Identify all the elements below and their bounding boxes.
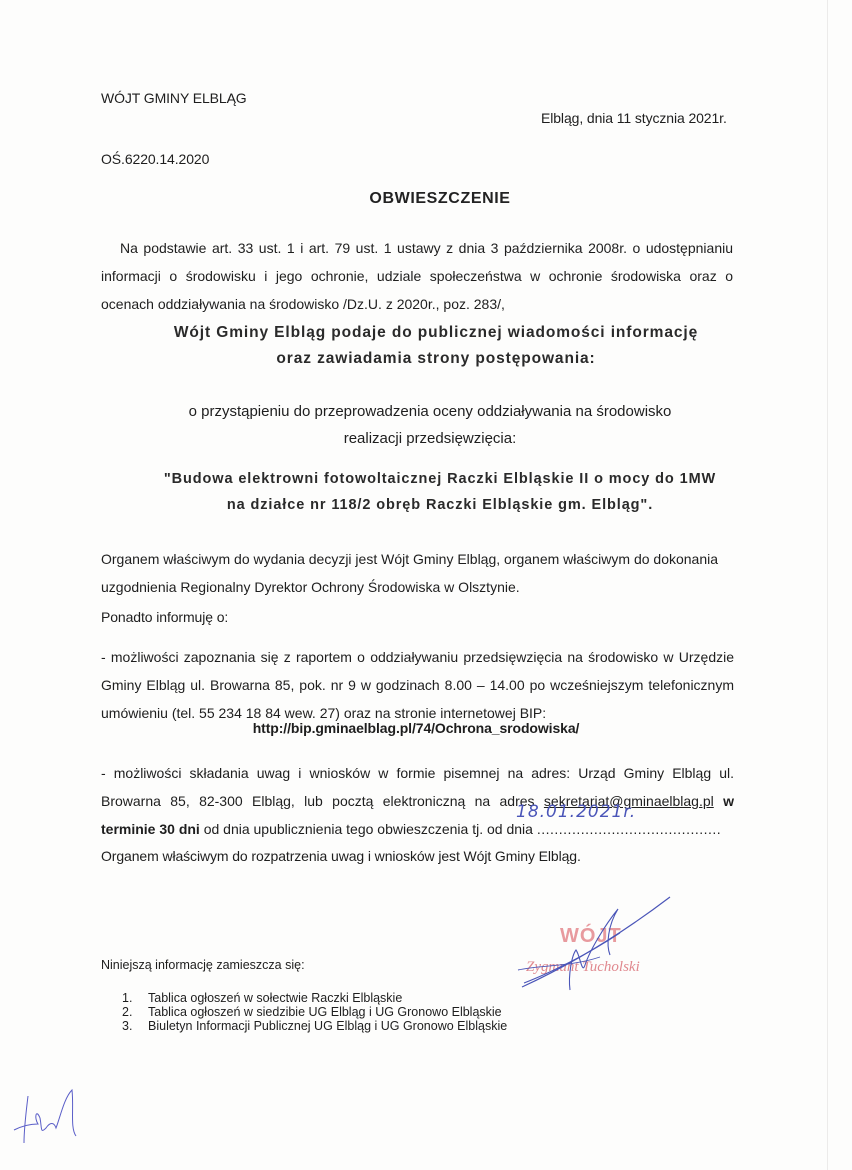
authority-paragraph: Organem właściwym do wydania decyzji jes… (101, 545, 741, 601)
list-text: Tablica ogłoszeń w sołectwie Raczki Elbl… (148, 991, 402, 1005)
issuer-heading: WÓJT GMINY ELBLĄG (101, 88, 247, 108)
further-info-label: Ponadto informuję o: (101, 607, 228, 627)
place-date: Elbląg, dnia 11 stycznia 2021r. (541, 108, 727, 128)
list-number: 1. (122, 991, 148, 1005)
bip-link[interactable]: http://bip.gminaelblag.pl/74/Ochrona_sro… (101, 718, 731, 738)
signature-stamp: WÓJT Zygmunt Tucholski (510, 895, 680, 995)
list-item: 3.Biuletyn Informacji Publicznej UG Elbl… (122, 1019, 507, 1033)
page-edge (827, 0, 828, 1170)
legal-basis-paragraph: Na podstawie art. 33 ust. 1 i art. 79 us… (101, 234, 733, 318)
initials-signature-icon (10, 1088, 80, 1148)
case-number: OŚ.6220.14.2020 (101, 149, 209, 169)
placement-list: 1.Tablica ogłoszeń w sołectwie Raczki El… (122, 991, 507, 1033)
legal-basis-text: Na podstawie art. 33 ust. 1 i art. 79 us… (101, 234, 733, 318)
placement-label: Niniejszą informację zamieszcza się: (101, 958, 305, 972)
list-item: 1.Tablica ogłoszeń w sołectwie Raczki El… (122, 991, 507, 1005)
announcement-line-2: oraz zawiadamia strony postępowania: (110, 346, 762, 372)
project-line-2: na działce nr 118/2 obręb Raczki Elbląsk… (120, 492, 760, 518)
project-line-1: "Budowa elektrowni fotowoltaicznej Raczk… (120, 466, 760, 492)
subject-line-2: realizacji przedsięwzięcia: (120, 425, 740, 452)
announcement-line-1: Wójt Gminy Elbląg podaje do publicznej w… (110, 320, 762, 346)
handwritten-date-layer: 18.01.2021r. (101, 811, 741, 831)
review-authority: Organem właściwym do rozpatrzenia uwag i… (101, 846, 581, 866)
document-title: OBWIESZCZENIE (0, 190, 852, 208)
list-number: 3. (122, 1019, 148, 1033)
list-item: 2.Tablica ogłoszeń w siedzibie UG Elbląg… (122, 1005, 507, 1019)
list-number: 2. (122, 1005, 148, 1019)
subject-block: o przystąpieniu do przeprowadzenia oceny… (120, 398, 740, 452)
handwritten-date: 18.01.2021r. (516, 802, 636, 822)
list-text: Biuletyn Informacji Publicznej UG Elbląg… (148, 1019, 507, 1033)
subject-line-1: o przystąpieniu do przeprowadzenia oceny… (120, 398, 740, 425)
signature-scribble-icon (510, 895, 680, 995)
report-access-paragraph: - możliwości zapoznania się z raportem o… (101, 643, 734, 727)
announcement-heading: Wójt Gminy Elbląg podaje do publicznej w… (110, 320, 762, 372)
list-text: Tablica ogłoszeń w siedzibie UG Elbląg i… (148, 1005, 502, 1019)
project-title: "Budowa elektrowni fotowoltaicznej Raczk… (120, 466, 760, 518)
